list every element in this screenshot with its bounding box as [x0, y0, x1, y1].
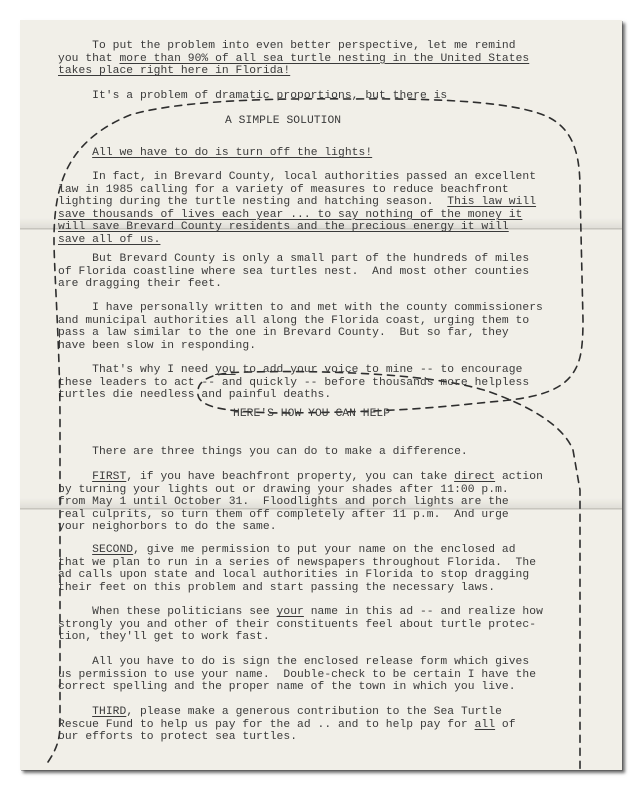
text-run: us permission to use your name. Double-c… — [58, 669, 536, 681]
text-run: There are three things you can do to mak… — [58, 446, 468, 458]
text-run: ad calls upon state and local authoritie… — [58, 569, 529, 581]
paragraph-turn-off-lights: All we have to do is turn off the lights… — [58, 147, 372, 160]
underlined-text: FIRST — [92, 471, 126, 483]
text-line: tion, they'll get to work fast. — [58, 631, 543, 644]
text-line: I have personally written to and met wit… — [58, 302, 543, 315]
underlined-text: takes place right here in Florida! — [58, 65, 290, 77]
paragraph-dramatic-proportions: It's a problem of dramatic proportions, … — [58, 90, 447, 103]
underlined-text: more than 90% of all sea turtle nesting … — [119, 53, 529, 65]
heading-how-you-can-help: HERE'S HOW YOU CAN HELP — [233, 408, 390, 421]
text-run — [58, 706, 92, 718]
text-run: that we plan to run in a series of newsp… — [58, 557, 536, 569]
text-run: , please make a generous contribution to… — [126, 706, 502, 718]
text-line: and municipal authorities all along the … — [58, 315, 543, 328]
text-line: lighting during the turtle nesting and h… — [58, 196, 536, 209]
paragraph-need-you: That's why I need you to add your voice … — [58, 364, 529, 402]
text-run: have been slow in responding. — [58, 340, 256, 352]
text-run: real culprits, so turn them off complete… — [58, 509, 509, 521]
text-line: strongly you and other of their constitu… — [58, 619, 543, 632]
text-line: It's a problem of dramatic proportions, … — [58, 90, 447, 103]
text-line: from May 1 until October 31. Floodlights… — [58, 496, 543, 509]
underlined-text: direct — [454, 471, 495, 483]
text-run: But Brevard County is only a small part … — [58, 253, 529, 265]
text-line: correct spelling and the proper name of … — [58, 681, 536, 694]
underlined-text: will save Brevard County residents and t… — [58, 221, 509, 233]
text-line: ad calls upon state and local authoritie… — [58, 569, 536, 582]
paragraph-second: SECOND, give me permission to put your n… — [58, 544, 536, 594]
letter-body: To put the problem into even better pers… — [58, 40, 598, 254]
text-line: these leaders to act -- and quickly -- b… — [58, 377, 529, 390]
paragraph-perspective: To put the problem into even better pers… — [58, 40, 529, 78]
text-run: That's why I need — [58, 364, 215, 376]
text-line: that we plan to run in a series of newsp… — [58, 557, 536, 570]
text-run: these leaders to act -- and quickly -- b… — [58, 377, 529, 389]
text-run: action — [495, 471, 543, 483]
paragraph-third: THIRD, please make a generous contributi… — [58, 706, 516, 744]
text-line: have been slow in responding. — [58, 340, 543, 353]
heading-simple-solution: A SIMPLE SOLUTION — [225, 115, 341, 128]
text-run: , if you have beachfront property, you c… — [126, 471, 454, 483]
text-line: turtles die needless and painful deaths. — [58, 389, 529, 402]
text-run: from May 1 until October 31. Floodlights… — [58, 496, 509, 508]
text-run: their feet on this problem and start pas… — [58, 582, 495, 594]
paragraph-first: FIRST, if you have beachfront property, … — [58, 471, 543, 534]
text-run — [58, 544, 92, 556]
text-line: takes place right here in Florida! — [58, 65, 529, 78]
underlined-text: you — [215, 364, 236, 376]
text-line: There are three things you can do to mak… — [58, 446, 468, 459]
text-run: your neighorbors to do the same. — [58, 521, 277, 533]
text-run: turtles die needless and painful deaths. — [58, 389, 331, 401]
text-run: of Florida coastline where sea turtles n… — [58, 266, 529, 278]
text-run: name in this ad -- and realize how — [304, 606, 543, 618]
text-line: pass a law similar to the one in Brevard… — [58, 327, 543, 340]
text-run: Rescue Fund to help us pay for the ad ..… — [58, 719, 475, 731]
paragraph-small-part: But Brevard County is only a small part … — [58, 253, 529, 291]
text-run: our efforts to protect sea turtles. — [58, 731, 297, 743]
text-line: their feet on this problem and start pas… — [58, 582, 536, 595]
text-line: In fact, in Brevard County, local author… — [58, 171, 536, 184]
text-run: correct spelling and the proper name of … — [58, 681, 516, 693]
underlined-text: SECOND — [92, 544, 133, 556]
underlined-text: your — [277, 606, 304, 618]
paragraph-three-things: There are three things you can do to mak… — [58, 446, 468, 459]
text-run: of — [495, 719, 516, 731]
text-line: Rescue Fund to help us pay for the ad ..… — [58, 719, 516, 732]
text-run: strongly you and other of their constitu… — [58, 619, 536, 631]
text-line: your neighorbors to do the same. — [58, 521, 543, 534]
text-run — [58, 471, 92, 483]
text-run: pass a law similar to the one in Brevard… — [58, 327, 509, 339]
text-run: It's a problem of dramatic proportions, … — [58, 90, 447, 102]
text-line: When these politicians see your name in … — [58, 606, 543, 619]
text-run: are dragging their feet. — [58, 278, 222, 290]
text-line: are dragging their feet. — [58, 278, 529, 291]
text-line: save thousands of lives each year ... to… — [58, 209, 536, 222]
underlined-text: save thousands of lives each year ... to… — [58, 209, 522, 221]
text-line: SECOND, give me permission to put your n… — [58, 544, 536, 557]
text-line: our efforts to protect sea turtles. — [58, 731, 516, 744]
text-line: But Brevard County is only a small part … — [58, 253, 529, 266]
underlined-text: THIRD — [92, 706, 126, 718]
text-run: I have personally written to and met wit… — [58, 302, 543, 314]
text-line: real culprits, so turn them off complete… — [58, 509, 543, 522]
text-line: you that more than 90% of all sea turtle… — [58, 53, 529, 66]
text-line: save all of us. — [58, 234, 536, 247]
underlined-text: All we have to do is turn off the lights… — [92, 147, 372, 159]
text-run: you that — [58, 53, 119, 65]
text-line: To put the problem into even better pers… — [58, 40, 529, 53]
text-run: tion, they'll get to work fast. — [58, 631, 270, 643]
text-run: When these politicians see — [58, 606, 277, 618]
underlined-text: all — [475, 719, 496, 731]
letter-page: To put the problem into even better pers… — [20, 20, 622, 770]
text-line: will save Brevard County residents and t… — [58, 221, 536, 234]
text-run: law in 1985 calling for a variety of mea… — [58, 184, 509, 196]
text-line: FIRST, if you have beachfront property, … — [58, 471, 543, 484]
text-line: us permission to use your name. Double-c… — [58, 669, 536, 682]
underlined-text: This law will — [447, 196, 536, 208]
paragraph-personally-written: I have personally written to and met wit… — [58, 302, 543, 352]
text-run: , give me permission to put your name on… — [133, 544, 515, 556]
text-run: to add your voice to mine -- to encourag… — [236, 364, 523, 376]
underlined-text: save all of us. — [58, 234, 160, 246]
text-run — [58, 147, 92, 159]
text-run: lighting during the turtle nesting and h… — [58, 196, 447, 208]
text-run: In fact, in Brevard County, local author… — [58, 171, 536, 183]
text-line: of Florida coastline where sea turtles n… — [58, 266, 529, 279]
text-line: THIRD, please make a generous contributi… — [58, 706, 516, 719]
text-run: by turning your lights out or drawing yo… — [58, 484, 509, 496]
text-run: All you have to do is sign the enclosed … — [58, 656, 529, 668]
paragraph-brevard-law: In fact, in Brevard County, local author… — [58, 171, 536, 247]
text-run: and municipal authorities all along the … — [58, 315, 529, 327]
paragraph-release-form: All you have to do is sign the enclosed … — [58, 656, 536, 694]
text-line: law in 1985 calling for a variety of mea… — [58, 184, 536, 197]
text-line: All you have to do is sign the enclosed … — [58, 656, 536, 669]
text-line: That's why I need you to add your voice … — [58, 364, 529, 377]
paragraph-politicians: When these politicians see your name in … — [58, 606, 543, 644]
text-line: by turning your lights out or drawing yo… — [58, 484, 543, 497]
text-line: All we have to do is turn off the lights… — [58, 147, 372, 160]
text-run: To put the problem into even better pers… — [58, 40, 516, 52]
